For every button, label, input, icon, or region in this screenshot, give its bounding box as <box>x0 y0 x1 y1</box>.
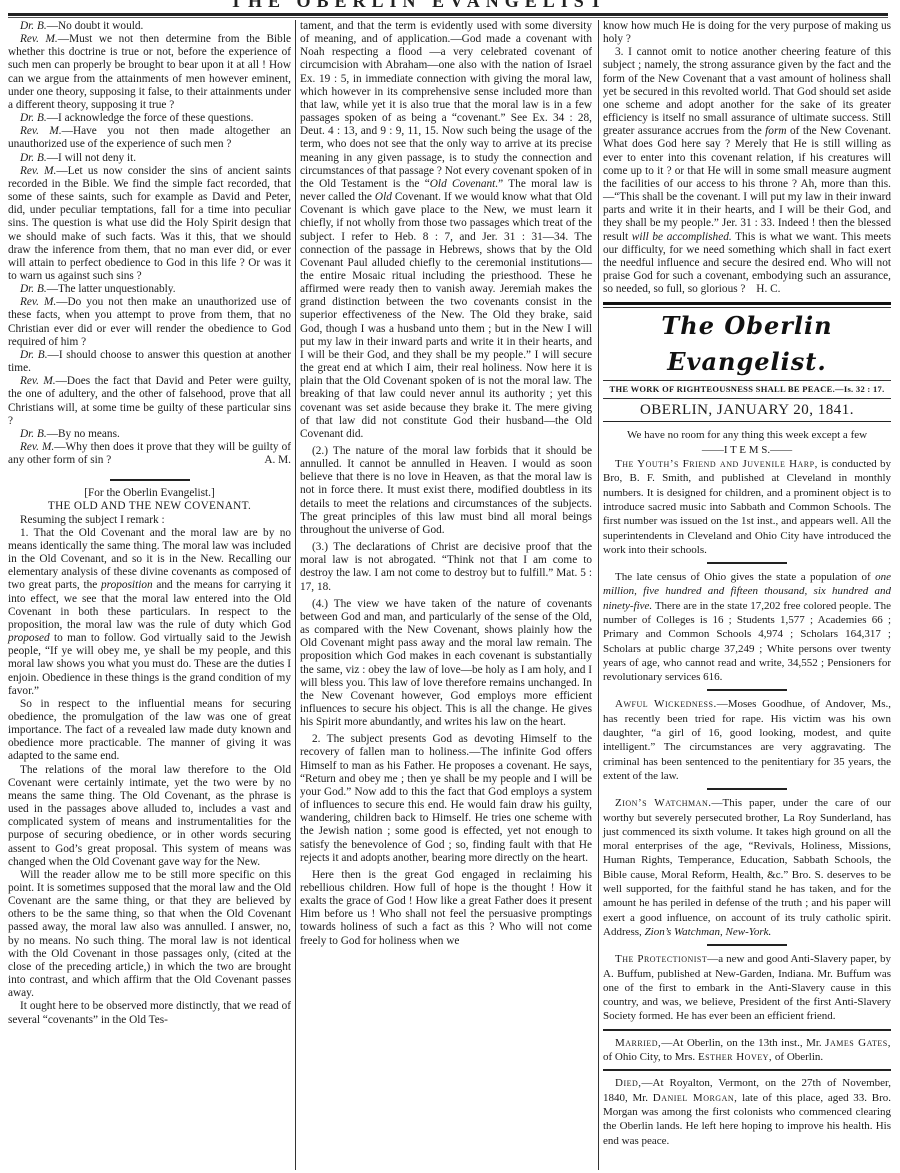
column-1: Dr. B.—No doubt it would. Rev. M.—Must w… <box>8 20 291 1027</box>
covenant-article: [For the Oberlin Evangelist.] THE OLD AN… <box>8 487 291 1026</box>
news-item: The Youth’s Friend and Juvenile Harp, is… <box>603 457 891 557</box>
dialogue-line: Rev. M.—Does the fact that David and Pet… <box>8 375 291 428</box>
section-divider <box>603 1069 891 1071</box>
article-source: [For the Oberlin Evangelist.] <box>8 487 291 500</box>
column-divider <box>295 20 296 1170</box>
article-paragraph: 1. That the Old Covenant and the moral l… <box>8 527 291 698</box>
items-heading: ——I T E M S.—— <box>603 443 891 457</box>
dialogue-line: Dr. B.—I will not deny it. <box>8 152 291 165</box>
masthead: The Oberlin Evangelist. THE WORK OF RIGH… <box>603 302 891 422</box>
column-3: know how much He is doing for the very p… <box>603 20 891 1148</box>
article-paragraph: (3.) The declarations of Christ are deci… <box>300 541 592 594</box>
article-paragraph: know how much He is doing for the very p… <box>603 20 891 46</box>
masthead-title: The Oberlin Evangelist. <box>603 308 891 380</box>
item-divider <box>707 562 787 564</box>
article-paragraph: tament, and that the term is evidently u… <box>300 20 592 441</box>
header-rule-thin <box>8 17 888 18</box>
dialogue-line: Rev. M.—Have you not then made altogethe… <box>8 125 291 151</box>
dialogue-line: Rev. M.—Do you not then make an unauthor… <box>8 296 291 349</box>
column-divider <box>598 20 599 1170</box>
dialogue-line: Dr. B.—The latter unquestionably. <box>8 283 291 296</box>
article-paragraph: (2.) The nature of the moral law forbids… <box>300 445 592 537</box>
dialogue-line: Rev. M.—Why then does it prove that they… <box>8 441 291 467</box>
items-intro: We have no room for any thing this week … <box>603 428 891 442</box>
section-divider <box>603 1029 891 1031</box>
article-paragraph: 2. The subject presents God as devoting … <box>300 733 592 865</box>
news-item: The Protectionist—a new and good Anti-Sl… <box>603 952 891 1023</box>
section-divider <box>110 479 190 481</box>
cropped-page-header: THE OBERLIN EVANGELIST <box>0 0 900 12</box>
dialogue-line: Rev. M.—Let us now consider the sins of … <box>8 165 291 283</box>
news-item: The late census of Ohio gives the state … <box>603 570 891 684</box>
article-paragraph: It ought here to be observed more distin… <box>8 1000 291 1026</box>
dialogue-line: Rev. M.—Must we not then determine from … <box>8 33 291 112</box>
died-notice: Died,—At Royalton, Vermont, on the 27th … <box>603 1076 891 1147</box>
item-divider <box>707 689 787 691</box>
dialogue-line: Dr. B.—I should choose to answer this qu… <box>8 349 291 375</box>
article-paragraph: Will the reader allow me to be still mor… <box>8 869 291 1001</box>
items-section: We have no room for any thing this week … <box>603 428 891 1147</box>
article-title: THE OLD AND THE NEW COVENANT. <box>8 500 291 513</box>
married-notice: Married,—At Oberlin, on the 13th inst., … <box>603 1036 891 1065</box>
article-intro: Resuming the subject I remark : <box>8 514 291 527</box>
article-paragraph: (4.) The view we have taken of the natur… <box>300 598 592 730</box>
article-paragraph: Here then is the great God engaged in re… <box>300 869 592 948</box>
news-item: Zion’s Watchman.—This paper, under the c… <box>603 796 891 939</box>
signature: A. M. <box>252 454 291 467</box>
article-paragraph: The relations of the moral law therefore… <box>8 764 291 869</box>
dialogue-line: Dr. B.—By no means. <box>8 428 291 441</box>
item-divider <box>707 788 787 790</box>
article-paragraph: So in respect to the influential means f… <box>8 698 291 764</box>
article-paragraph: 3. I cannot omit to notice another cheer… <box>603 46 891 296</box>
item-divider <box>707 944 787 946</box>
dialogue-line: Dr. B.—I acknowledge the force of these … <box>8 112 291 125</box>
dialogue-line: Dr. B.—No doubt it would. <box>8 20 291 33</box>
signature: H. C. <box>756 283 780 295</box>
header-rule <box>8 13 888 16</box>
masthead-rule <box>603 302 891 305</box>
masthead-motto: THE WORK OF RIGHTEOUSNESS SHALL BE PEACE… <box>603 380 891 399</box>
news-item: Awful Wickedness.—Moses Goodhue, of Ando… <box>603 697 891 783</box>
header-ghost-title: THE OBERLIN EVANGELIST <box>230 0 608 12</box>
dialogue-article: Dr. B.—No doubt it would. Rev. M.—Must w… <box>8 20 291 467</box>
masthead-dateline: OBERLIN, JANUARY 20, 1841. <box>603 399 891 422</box>
column-2: tament, and that the term is evidently u… <box>300 20 592 948</box>
